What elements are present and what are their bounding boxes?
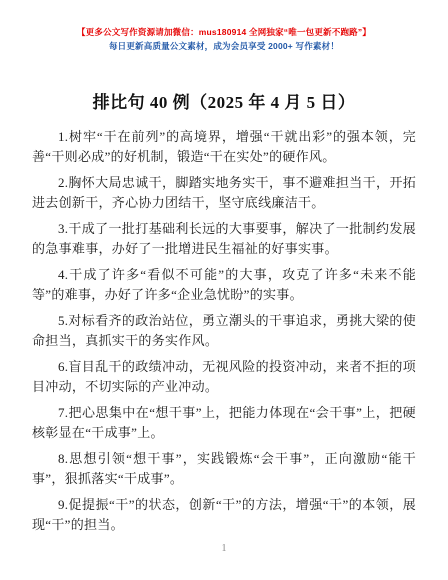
paragraph-5: 5.对标看齐的政治站位，勇立潮头的干事追求，勇挑大梁的使命担当，真抓实干的务实作… (32, 311, 416, 350)
paragraph-3: 3.干成了一批打基础利长远的大事要事，解决了一批制约发展的急事难事，办好了一批增… (32, 219, 416, 258)
paragraph-6: 6.盲目乱干的政绩冲动，无视风险的投资冲动，来者不拒的项目冲动，不切实际的产业冲… (32, 357, 416, 396)
paragraph-7: 7.把心思集中在“想干事”上，把能力体现在“会干事”上，把硬核彰显在“干成事”上… (32, 403, 416, 442)
paragraph-9: 9.促提振“干”的状态，创新“干”的方法，增强“干”的本领，展现“干”的担当。 (32, 495, 416, 534)
watermark-header: 【更多公文写作资源请加微信：mus180914 全网独家“唯一包更新不跑路”】 … (32, 26, 416, 52)
page-footer: 1 (0, 538, 448, 556)
page-title: 排比句 40 例（2025 年 4 月 5 日） (32, 88, 416, 113)
page-number: 1 (222, 543, 227, 554)
watermark-line-blue: 每日更新高质量公文素材，成为会员享受 2000+ 写作素材！ (32, 40, 416, 52)
document-body: 1.树牢“干在前列”的高境界，增强“干就出彩”的强本领，完善“干则必成”的好机制… (32, 127, 416, 534)
paragraph-1: 1.树牢“干在前列”的高境界，增强“干就出彩”的强本领，完善“干则必成”的好机制… (32, 127, 416, 166)
paragraph-8: 8.思想引领“想干事”，实践锻炼“会干事”，正向激励“能干事”，狠抓落实“干成事… (32, 449, 416, 488)
watermark-line-red: 【更多公文写作资源请加微信：mus180914 全网独家“唯一包更新不跑路”】 (32, 26, 416, 38)
paragraph-2: 2.胸怀大局忠诚干，脚踏实地务实干，事不避难担当干，开拓进去创新干，齐心协力团结… (32, 173, 416, 212)
paragraph-4: 4.干成了许多“看似不可能”的大事，攻克了许多“未来不能等”的难事，办好了许多“… (32, 265, 416, 304)
document-page: 【更多公文写作资源请加微信：mus180914 全网独家“唯一包更新不跑路”】 … (0, 0, 448, 580)
